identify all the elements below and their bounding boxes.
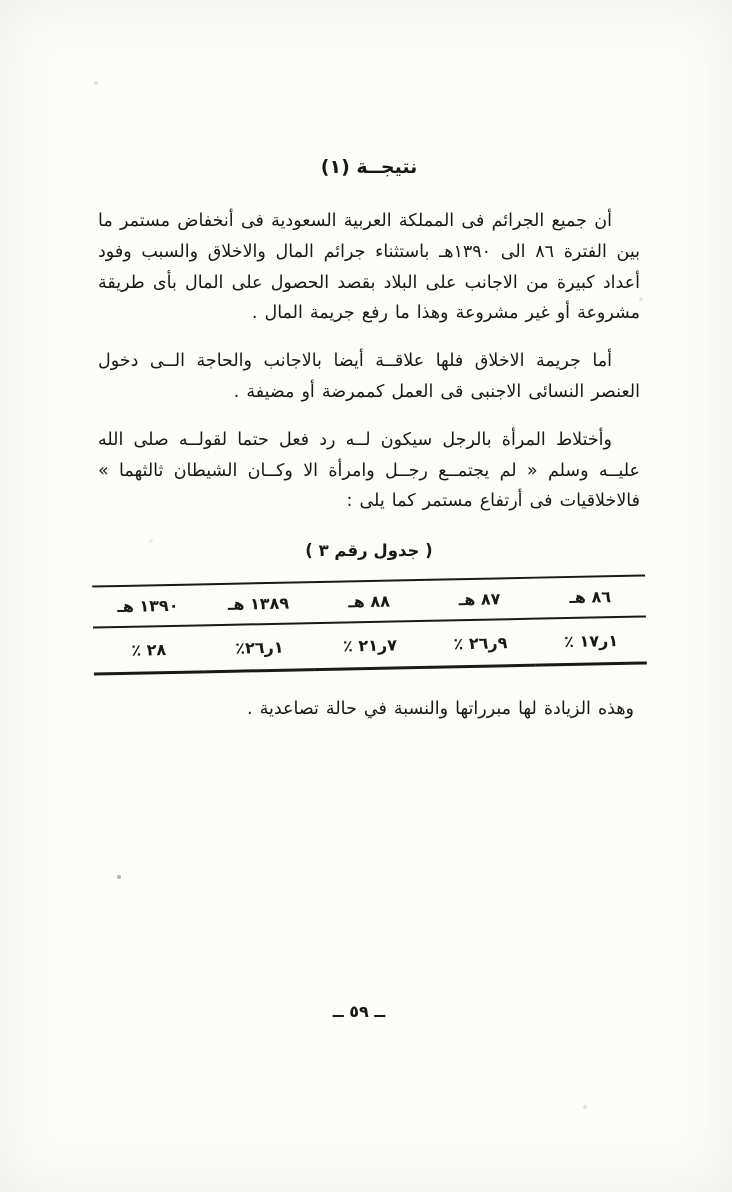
statistics-table: ٨٦ هـ ٨٧ هـ ٨٨ هـ ١٣٨٩ هـ ١٣٩٠ هـ ١ر١٧ ٪… [92,575,647,676]
year-header: ١٣٩٠ هـ [92,585,203,628]
percentage-cell: ٧ر٢١ ٪ [314,621,426,670]
percentage-cell: ١ر١٧ ٪ [535,617,647,666]
paragraph-1: أن جميع الجرائم فى المملكة العربية السعو… [98,206,640,329]
percentage-cell: ٢٨ ٪ [93,626,205,675]
paragraph-2: أما جريمة الاخلاق فلها علاقــة أيضا بالا… [98,346,640,408]
paragraph-3: وأختلاط المرأة بالرجل سيكون لــه رد فعل … [98,425,640,517]
percentage-cell: ٩ر٢٦ ٪ [425,619,537,668]
closing-line: وهذه الزيادة لها مبرراتها والنسبة في حال… [98,694,640,724]
year-header: ٨٦ هـ [534,576,645,619]
table-caption: ( جدول رقم ٣ ) [98,541,640,560]
page-title: نتيجــة (١) [98,156,640,178]
page-number: ــ ٥٩ ــ [0,1002,718,1021]
year-header: ٨٨ هـ [313,580,424,623]
scanned-document-page: نتيجــة (١) أن جميع الجرائم فى المملكة ا… [0,0,732,1192]
percentage-cell: ١ر٢٦٪ [204,623,316,672]
paper-specks [0,0,2,2]
table-value-row: ١ر١٧ ٪ ٩ر٢٦ ٪ ٧ر٢١ ٪ ١ر٢٦٪ ٢٨ ٪ [93,617,647,675]
year-header: ١٣٨٩ هـ [203,582,314,625]
year-header: ٨٧ هـ [424,578,535,621]
page-content: نتيجــة (١) أن جميع الجرائم فى المملكة ا… [98,156,640,724]
